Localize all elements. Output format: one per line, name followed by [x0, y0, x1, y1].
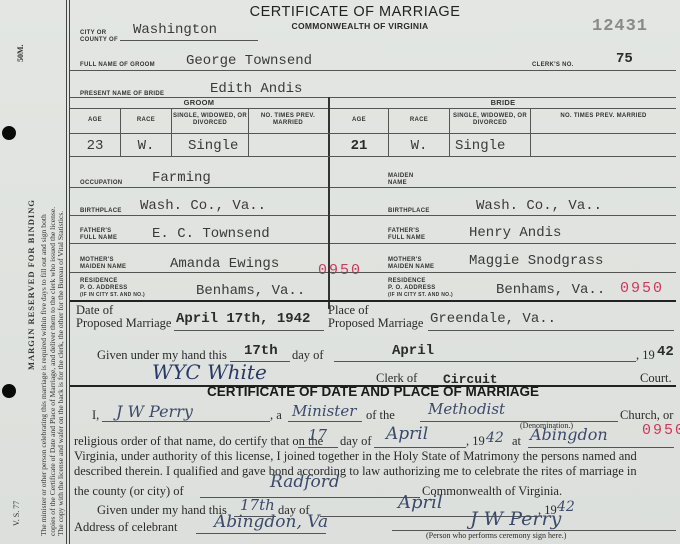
license-day-value: 17th [244, 343, 278, 359]
rule [196, 533, 326, 534]
clerk-signature: WYC White [152, 360, 267, 384]
certify-month-value: April [386, 424, 428, 444]
city-county-label: City or County of [80, 30, 118, 44]
rule [530, 108, 531, 156]
bride-status: Single [455, 138, 505, 154]
rule [70, 215, 328, 216]
rule [248, 108, 249, 156]
rule [330, 215, 676, 216]
groom-name-label: Full Name of Groom [80, 62, 155, 69]
rule [330, 243, 676, 244]
bride-residence-label: Residence P. O. Address (If in city st. … [388, 278, 453, 299]
certify-day-value: 17 [308, 426, 327, 444]
col-status: Single, Widowed, or Divorced [172, 113, 248, 127]
rule [70, 156, 676, 157]
col-times-married: No. Times Prev. Married [249, 113, 327, 127]
proposed-place-value: Greendale, Va.. [430, 311, 556, 327]
rule [298, 447, 338, 448]
rule [70, 133, 676, 134]
groom-age: 23 [70, 138, 120, 154]
rule [334, 361, 636, 362]
groom-header: Groom [70, 99, 328, 106]
rule [428, 330, 674, 331]
bride-mother-label: Mother's Maiden Name [388, 257, 434, 271]
officiant-name: J W Perry [116, 402, 193, 421]
groom-mother-value: Amanda Ewings [170, 256, 279, 272]
bride-name-value: Edith Andis [210, 81, 302, 97]
groom-red-stamp: 0950 [318, 262, 362, 279]
groom-name-value: George Townsend [186, 53, 312, 69]
certify-day-of-text: day of [340, 434, 372, 449]
certify-body-line-2: Virginia, under authority of this licens… [74, 449, 637, 464]
margin-notice: MARGIN RESERVED FOR BINDING [26, 199, 36, 370]
a-label: , a [270, 408, 282, 423]
form-code: V. S. 77 [12, 501, 21, 526]
document-subtitle: Commonwealth of Virginia [230, 21, 490, 31]
denomination-value: Methodist [428, 400, 505, 418]
col-age: Age [330, 117, 388, 124]
document-title: Certificate of Marriage [200, 4, 510, 20]
col-times-married: No. Times Prev. Married [531, 113, 676, 120]
col-status: Single, Widowed, or Divorced [450, 113, 530, 127]
license-year-prefix: , 19 [636, 348, 655, 363]
bride-residence-value: Benhams, Va.. [496, 282, 605, 298]
certify-body-line-3: described therein. I qualified and gave … [74, 464, 637, 479]
groom-status: Single [188, 138, 238, 154]
rule [449, 108, 450, 156]
city-county-value: Washington [133, 22, 217, 38]
license-year-value: 42 [657, 344, 674, 360]
proposed-place-label: Place of Proposed Marriage [328, 304, 423, 330]
church-label: Church, or [620, 408, 673, 423]
groom-residence-value: Benhams, Va.. [196, 283, 305, 299]
rule [70, 97, 676, 98]
print-run-code: 50M. [16, 44, 25, 62]
certificate-red-stamp: 0950 [642, 422, 680, 439]
margin-instructions: The minister or other person celebrating… [40, 207, 66, 536]
i-label: I, [92, 408, 99, 423]
certify-place-value: Abingdon [530, 425, 608, 444]
signature-caption: (Person who performs ceremony sign here.… [426, 531, 566, 540]
groom-residence-label: Residence P. O. Address (If in city st. … [80, 278, 145, 299]
given-text: Given under my hand this [97, 503, 227, 518]
groom-birthplace-value: Wash. Co., Va.. [140, 198, 266, 214]
officiant-title: Minister [292, 402, 356, 420]
proposed-date-label: Date of Proposed Marriage [76, 304, 171, 330]
rule [528, 447, 674, 448]
bride-birthplace-value: Wash. Co., Va.. [476, 198, 602, 214]
rule [330, 272, 676, 273]
of-the-label: of the [366, 408, 395, 423]
col-race: Race [389, 117, 449, 124]
punch-hole-bottom [2, 384, 16, 398]
groom-birthplace-label: Birthplace [80, 208, 122, 215]
rule [70, 187, 328, 188]
rule [102, 421, 270, 422]
rule [120, 40, 258, 41]
groom-father-value: E. C. Townsend [152, 226, 270, 242]
bride-birthplace-label: Birthplace [388, 208, 430, 215]
bride-age: 21 [330, 138, 388, 154]
marriage-certificate: 50M. V. S. 77 MARGIN RESERVED FOR BINDIN… [0, 0, 680, 544]
celebrant-address-value: Abingdon, Va [214, 512, 328, 532]
rule [200, 497, 420, 498]
certify-year-prefix: , 19 [466, 434, 485, 449]
commonwealth-label: Commonwealth of Virginia. [422, 484, 562, 499]
col-race: Race [121, 117, 171, 124]
clerk-no-label: Clerk's No. [532, 62, 574, 69]
bride-father-value: Henry Andis [469, 225, 561, 241]
groom-mother-label: Mother's Maiden Name [80, 257, 126, 271]
celebrant-signature: J W Perry [470, 508, 561, 530]
rule [70, 243, 328, 244]
rule [374, 447, 466, 448]
rule [330, 187, 676, 188]
certify-year-value: 42 [486, 430, 504, 446]
certificate-heading: Certificate of Date and Place of Marriag… [70, 384, 676, 399]
rule [70, 70, 676, 71]
celebrant-address-label: Address of celebrant [74, 520, 177, 535]
col-age: Age [70, 117, 120, 124]
rule [70, 272, 328, 273]
proposed-date-value: April 17th, 1942 [176, 311, 310, 327]
county-value: Radford [270, 472, 340, 492]
rule [171, 108, 172, 156]
occupation-value: Farming [152, 170, 211, 186]
bride-mother-value: Maggie Snodgrass [469, 253, 603, 269]
punch-hole-top [2, 126, 16, 140]
rule [70, 300, 676, 302]
groom-race: W. [121, 138, 171, 154]
bride-red-stamp: 0950 [620, 280, 664, 297]
county-label: the county (or city) of [74, 484, 184, 499]
bride-father-label: Father's Full Name [388, 228, 425, 242]
bride-maiden-label: Maiden Name [388, 173, 413, 187]
license-month-value: April [392, 343, 434, 359]
given-month-value: April [398, 492, 443, 513]
rule [288, 421, 362, 422]
bride-race: W. [389, 138, 449, 154]
bride-header: Bride [330, 99, 676, 106]
occupation-label: Occupation [80, 180, 122, 187]
rule [70, 108, 676, 109]
certify-text: religious order of that name, do certify… [74, 434, 323, 449]
clerk-no-value: 75 [616, 51, 633, 67]
stamp-number: 12431 [592, 17, 648, 36]
margin-rule-outer [66, 0, 67, 544]
at-label: at [512, 434, 521, 449]
rule [174, 330, 324, 331]
rule [420, 421, 618, 422]
license-day-of-text: day of [292, 348, 324, 363]
groom-father-label: Father's Full Name [80, 228, 117, 242]
